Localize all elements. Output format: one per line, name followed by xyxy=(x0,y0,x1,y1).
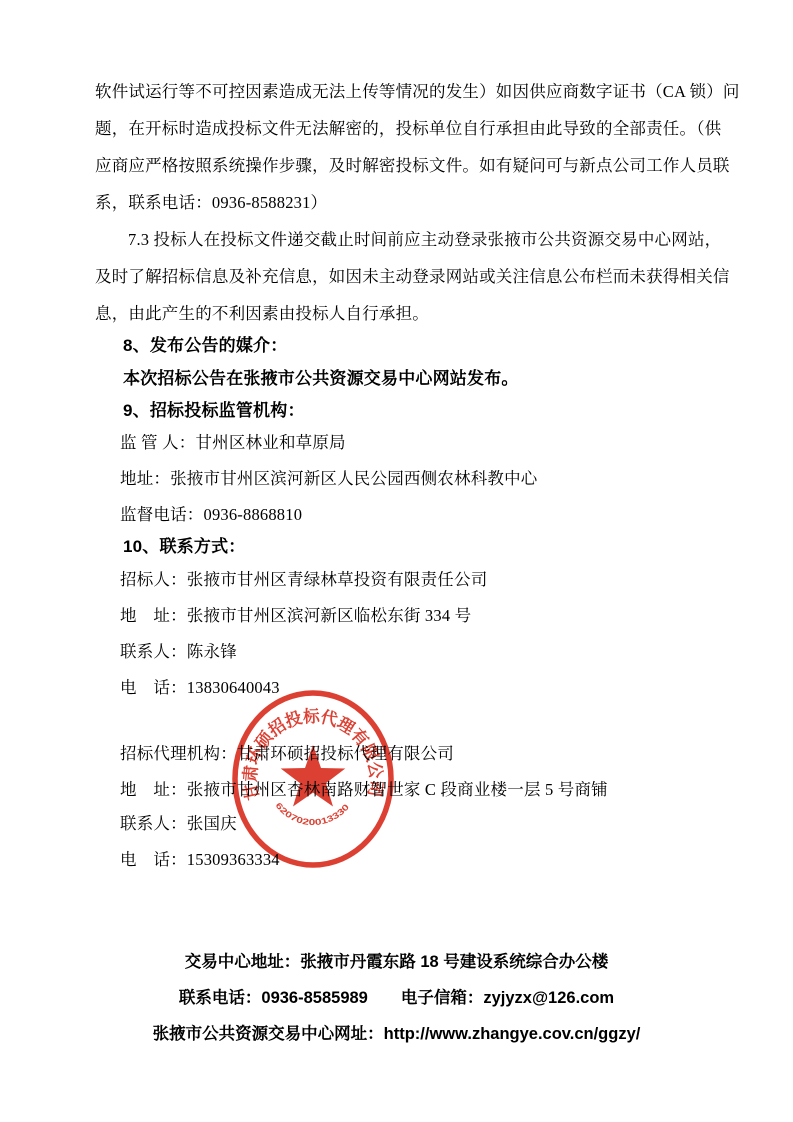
footer-phone-email: 联系电话：0936-8585989 电子信箱：zyjyzx@126.com xyxy=(0,986,793,1010)
tenderer-phone-line: 电 话：13830640043 xyxy=(120,676,280,700)
supervisor-phone-line: 监督电话：0936-8868810 xyxy=(120,503,302,527)
tenderer-address-line: 地 址：张掖市甘州区滨河新区临松东街 334 号 xyxy=(120,604,471,628)
supervisor-address-line: 地址：张掖市甘州区滨河新区人民公园西侧农林科教中心 xyxy=(120,467,538,491)
section-heading-media: 8、发布公告的媒介： xyxy=(123,334,287,358)
paragraph-line: 系，联系电话：0936-8588231） xyxy=(95,191,327,215)
document-page: 软件试运行等不可控因素造成无法上传等情况的发生）如因供应商数字证书（CA 锁）问… xyxy=(0,0,793,1122)
paragraph-line: 软件试运行等不可控因素造成无法上传等情况的发生）如因供应商数字证书（CA 锁）问 xyxy=(95,80,740,104)
paragraph-line: 应商应严格按照系统操作步骤，及时解密投标文件。如有疑问可与新点公司工作人员联 xyxy=(95,154,730,178)
seal-serial-number: 6207020013330 xyxy=(274,800,352,827)
paragraph-line: 息，由此产生的不利因素由投标人自行承担。 xyxy=(95,302,429,326)
agency-name-line: 招标代理机构：甘肃环硕招投标代理有限公司 xyxy=(120,742,454,766)
section-heading-supervisor: 9、招标投标监管机构： xyxy=(123,399,305,423)
footer-website: 张掖市公共资源交易中心网址：http://www.zhangye.cov.cn/… xyxy=(0,1022,793,1046)
tenderer-contact-line: 联系人：陈永锋 xyxy=(120,640,237,664)
supervisor-name-line: 监 管 人：甘州区林业和草原局 xyxy=(120,431,346,455)
footer-trade-center-address: 交易中心地址：张掖市丹霞东路 18 号建设系统综合办公楼 xyxy=(0,950,793,974)
paragraph-line: 7.3 投标人在投标文件递交截止时间前应主动登录张掖市公共资源交易中心网站， xyxy=(128,228,721,252)
announcement-media-text: 本次招标公告在张掖市公共资源交易中心网站发布。 xyxy=(123,367,519,391)
agency-contact-line: 联系人：张国庆 xyxy=(120,812,237,836)
agency-address-line: 地 址：张掖市甘州区杏林南路财智世家 C 段商业楼一层 5 号商铺 xyxy=(120,778,608,802)
tenderer-name-line: 招标人：张掖市甘州区青绿林草投资有限责任公司 xyxy=(120,568,487,592)
paragraph-line: 及时了解招标信息及补充信息，如因未主动登录网站或关注信息公布栏而未获得相关信 xyxy=(95,265,730,289)
agency-phone-line: 电 话：15309363334 xyxy=(120,848,280,872)
section-heading-contact: 10、联系方式： xyxy=(123,535,246,559)
paragraph-line: 题，在开标时造成投标文件无法解密的，投标单位自行承担由此导致的全部责任。（供 xyxy=(95,117,721,141)
